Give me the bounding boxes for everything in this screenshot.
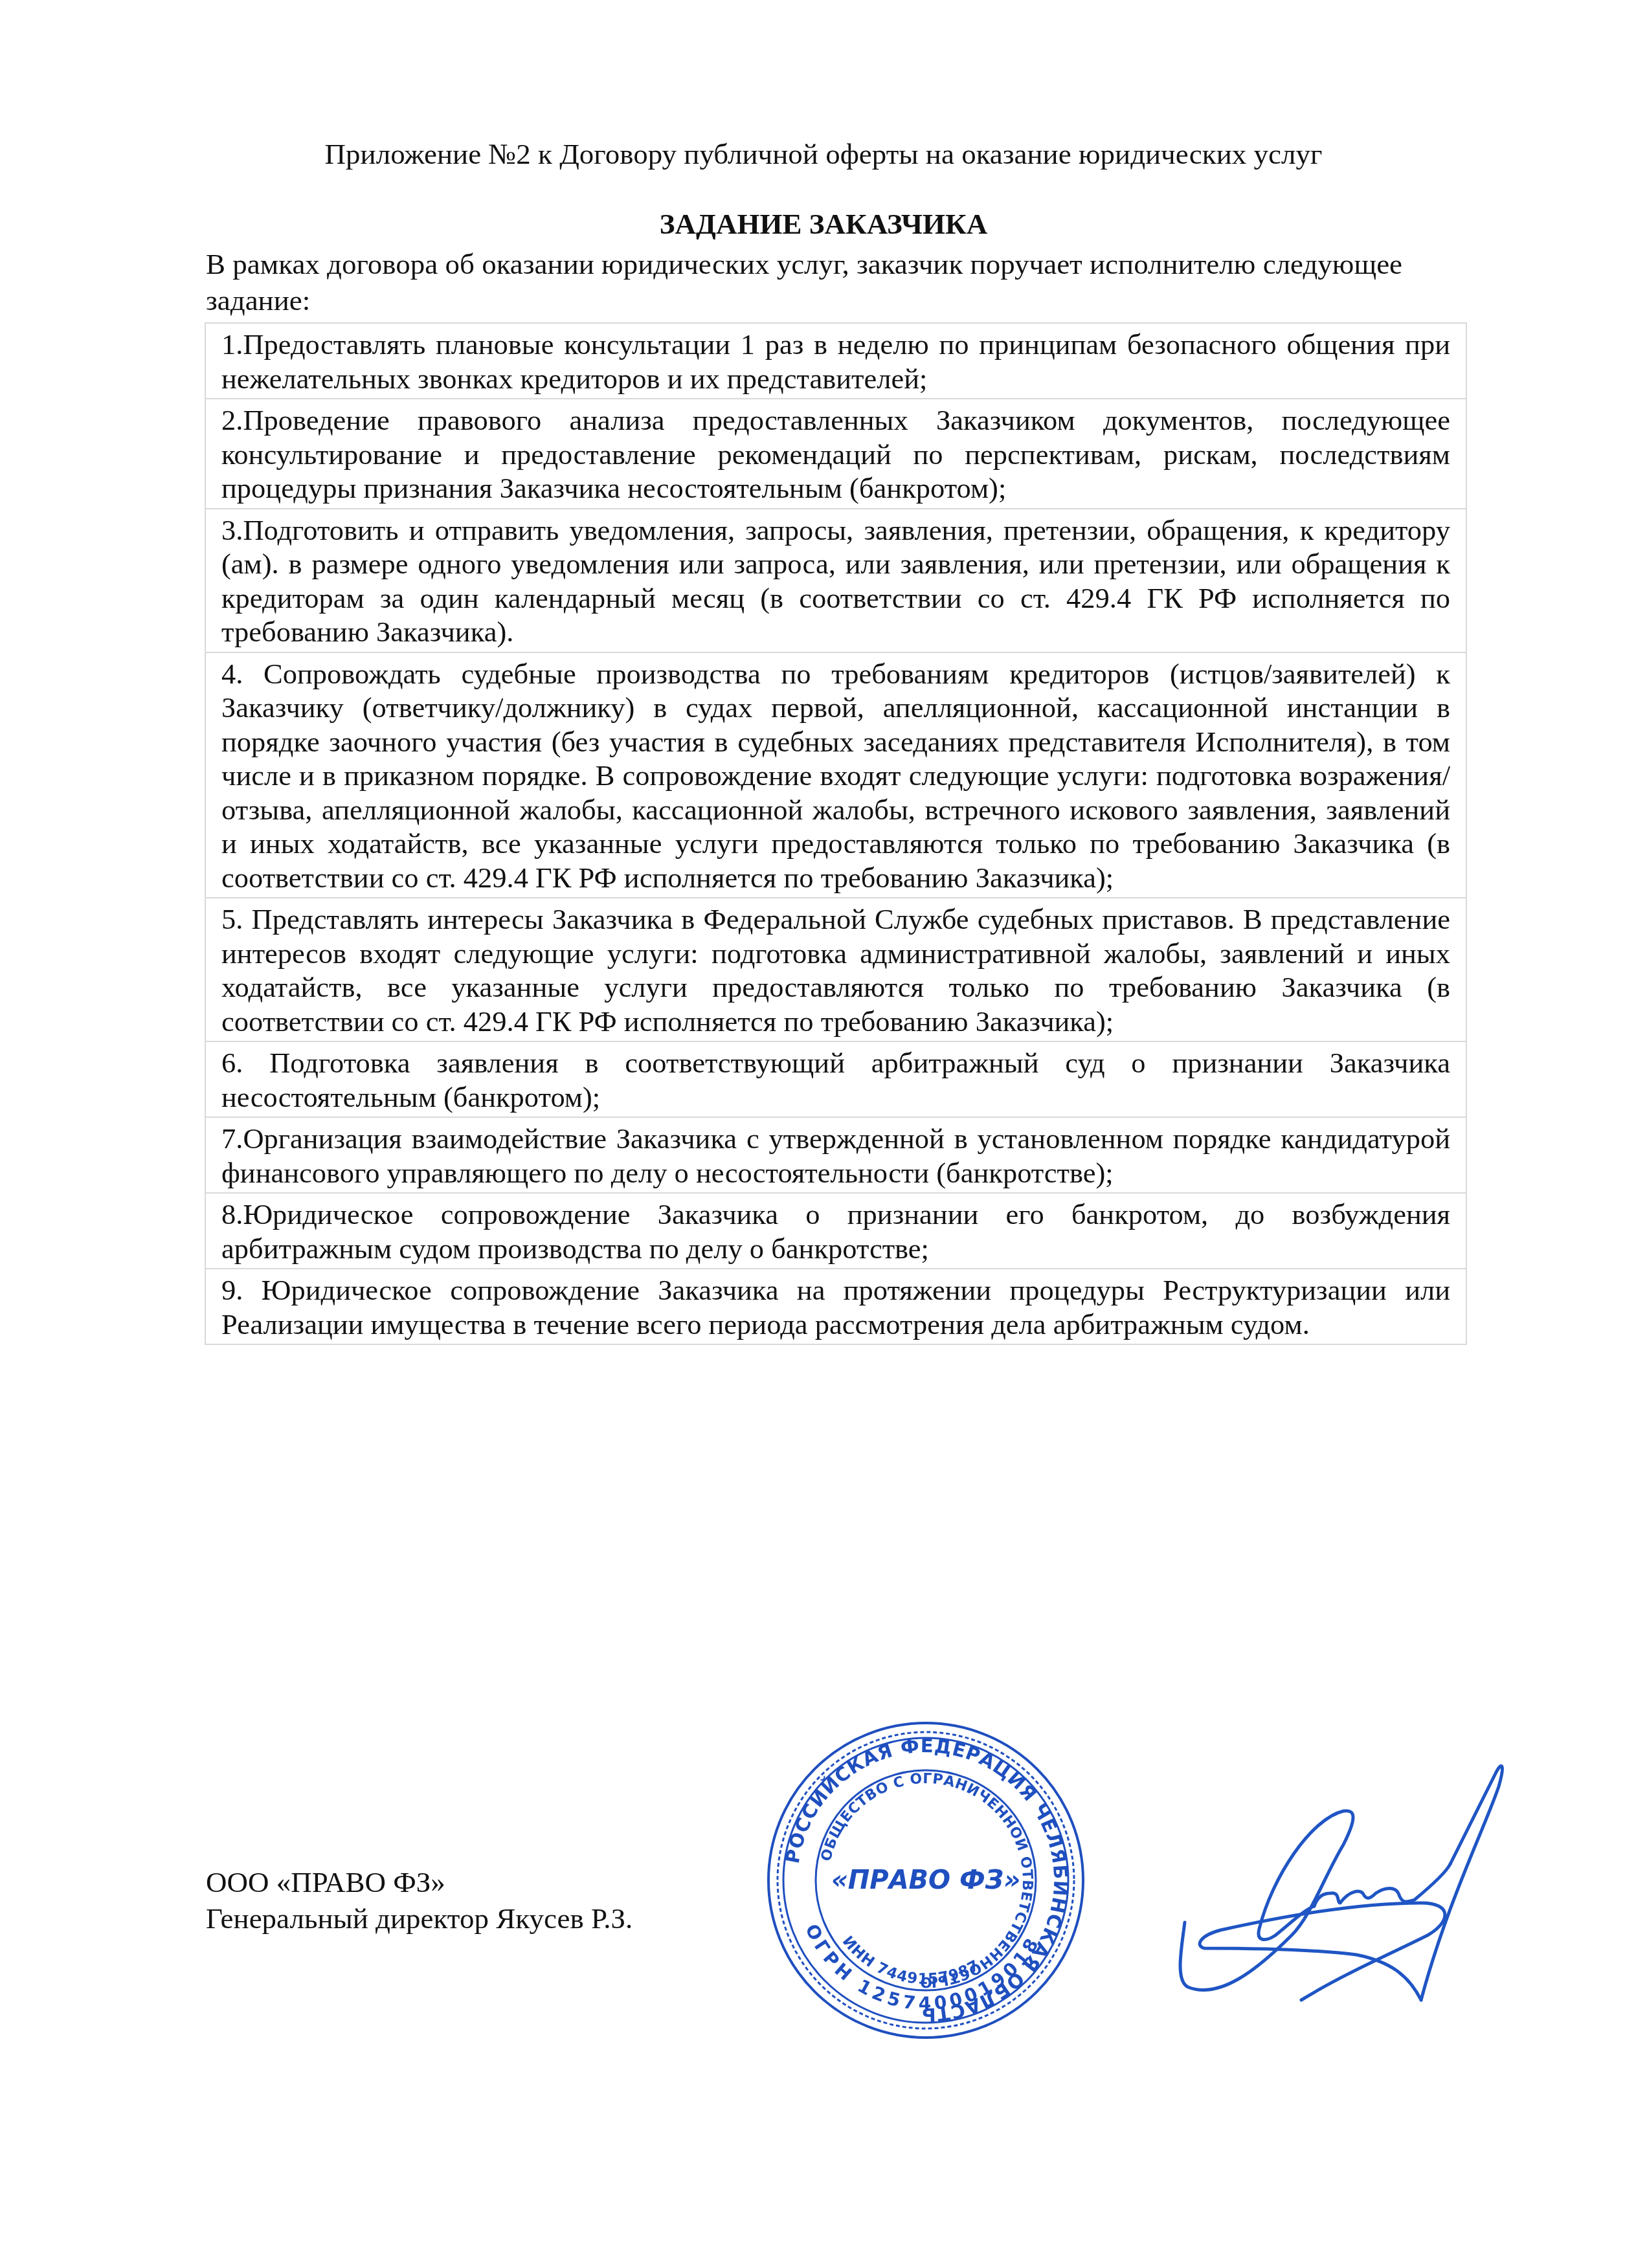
- stamp-center-text: «ПРАВО ФЗ»: [831, 1865, 1020, 1895]
- task-row: 3.Подготовить и отправить уведомления, з…: [206, 508, 1466, 652]
- signatory-block: ООО «ПРАВО ФЗ» Генеральный директор Якус…: [206, 1864, 633, 1937]
- company-stamp-icon: РОССИЙСКАЯ ФЕДЕРАЦИЯ ЧЕЛЯБИНСКАЯ ОБЛАСТЬ…: [761, 1715, 1091, 2045]
- task-row: 8.Юридическое сопровождение Заказчика о …: [206, 1192, 1466, 1268]
- company-name: ООО «ПРАВО ФЗ»: [206, 1864, 633, 1900]
- task-row: 6. Подготовка заявления в соответствующи…: [206, 1041, 1466, 1117]
- tasks-table: 1.Предоставлять плановые консультации 1 …: [205, 322, 1467, 1345]
- task-row: 9. Юридическое сопровождение Заказчика н…: [206, 1268, 1466, 1344]
- signature-icon: [1162, 1748, 1525, 2019]
- task-row: 2.Проведение правового анализа предостав…: [206, 398, 1466, 508]
- task-row: 5. Представлять интересы Заказчика в Фед…: [206, 897, 1466, 1041]
- appendix-header: Приложение №2 к Договору публичной оферт…: [0, 136, 1647, 172]
- document-title: ЗАДАНИЕ ЗАКАЗЧИКА: [0, 206, 1647, 242]
- task-row: 7.Организация взаимодействие Заказчика с…: [206, 1117, 1466, 1192]
- intro-paragraph: В рамках договора об оказании юридически…: [206, 246, 1462, 318]
- task-row: 4. Сопровождать судебные производства по…: [206, 652, 1466, 898]
- task-row: 1.Предоставлять плановые консультации 1 …: [206, 324, 1466, 398]
- director-name: Генеральный директор Якусев Р.З.: [206, 1900, 633, 1937]
- document-page: Приложение №2 к Договору публичной оферт…: [0, 0, 1647, 2268]
